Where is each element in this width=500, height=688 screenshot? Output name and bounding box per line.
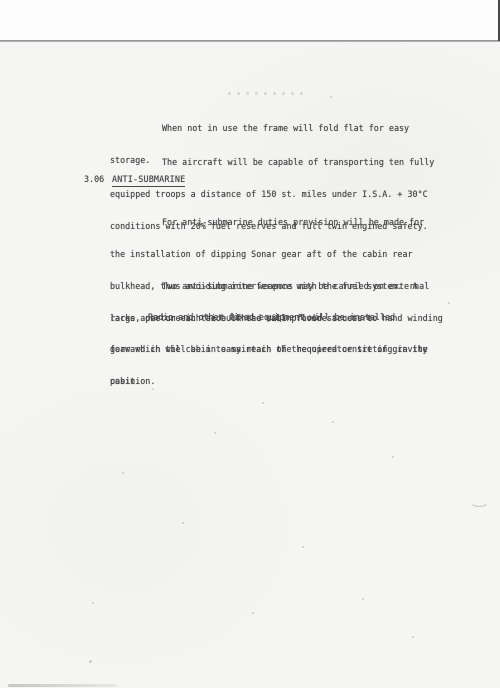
- scan-top-band: [0, 0, 500, 40]
- scan-speck: [262, 402, 264, 404]
- text-line: Radio and other fixed equipment will be …: [110, 312, 428, 323]
- scan-speck: [448, 302, 450, 304]
- scan-speck: [122, 472, 124, 474]
- text-line: the installation of dipping Sonar gear a…: [110, 249, 443, 260]
- scan-speck: [214, 432, 216, 434]
- text-line: forward in the cabin to maintain the req…: [110, 344, 428, 355]
- scan-speck: [92, 602, 94, 604]
- scan-speck: [332, 421, 334, 423]
- scan-speck: [302, 546, 304, 548]
- scan-speck: [152, 388, 154, 390]
- scan-speck: [182, 522, 184, 524]
- scan-speck: [392, 456, 394, 458]
- scan-smudge: [8, 684, 116, 687]
- section-number: 3.06: [84, 174, 104, 185]
- scan-speck: [89, 660, 92, 663]
- scan-arc-artifact: [470, 496, 489, 507]
- scan-noise-dashes: [228, 92, 308, 95]
- paragraph-radio-equipment: Radio and other fixed equipment will be …: [110, 291, 428, 408]
- text-line: For anti-submarine duties provision will…: [110, 217, 443, 228]
- text-line: When not in use the frame will fold flat…: [110, 123, 409, 134]
- scan-speck: [330, 96, 332, 98]
- scan-speck: [252, 612, 254, 614]
- text-line: position.: [110, 376, 428, 387]
- text-line: The aircraft will be capable of transpor…: [110, 157, 434, 168]
- section-heading: ANTI-SUBMARINE: [112, 174, 185, 187]
- scanned-document-page: When not in use the frame will fold flat…: [0, 0, 500, 688]
- scan-speck: [362, 598, 364, 600]
- scan-speck: [412, 636, 414, 638]
